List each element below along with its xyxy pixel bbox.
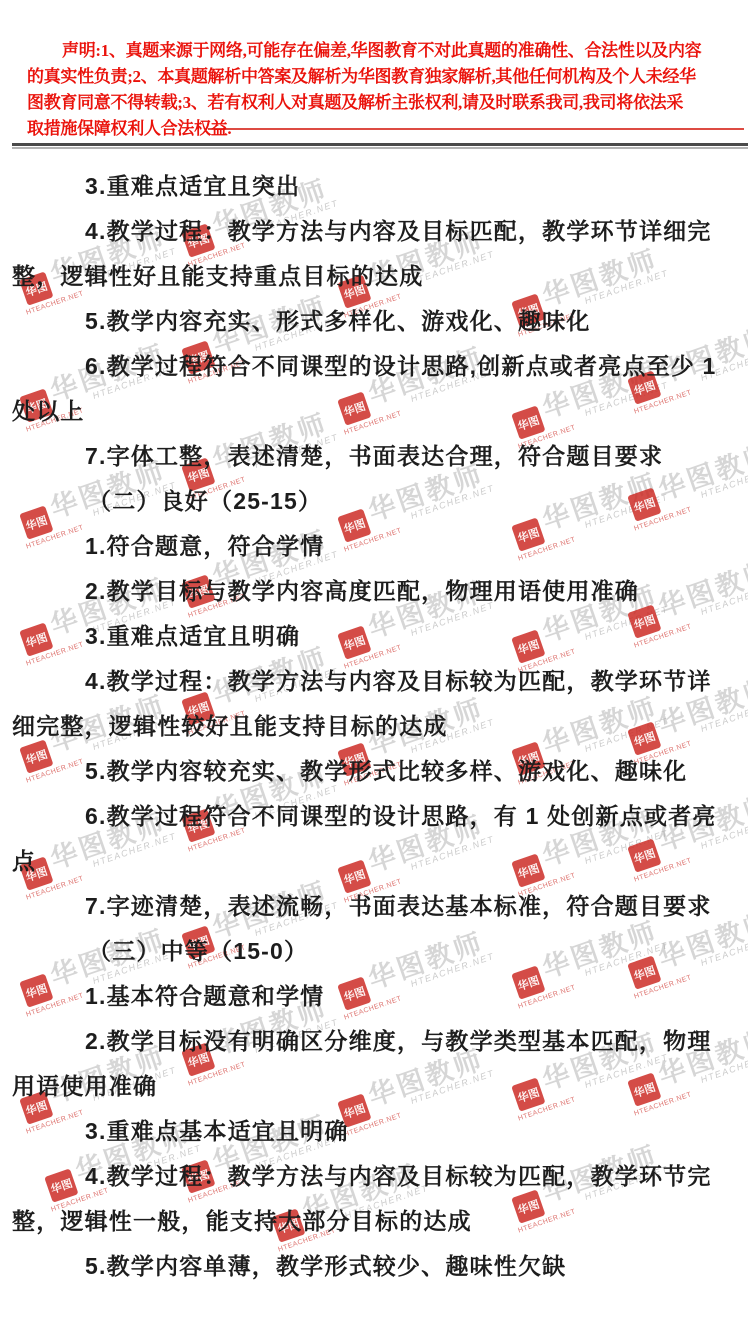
disclaimer-line: 取措施保障权利人合法权益. xyxy=(27,116,721,142)
body-line: 5.教学内容单薄，教学形式较少、趣味性欠缺 xyxy=(12,1244,742,1289)
body-line: 6.教学过程符合不同课型的设计思路,创新点或者亮点至少 1 xyxy=(12,344,742,389)
body-line: 1.基本符合题意和学情 xyxy=(12,974,742,1019)
body-line: 处以上 xyxy=(12,389,742,434)
body-line: 5.教学内容较充实、教学形式比较多样、游戏化、趣味化 xyxy=(12,749,742,794)
body-text: 3.重难点适宜且突出4.教学过程：教学方法与内容及目标匹配，教学环节详细完整，逻… xyxy=(12,164,742,1289)
body-line: 5.教学内容充实、形式多样化、游戏化、趣味化 xyxy=(12,299,742,344)
body-line: 3.重难点基本适宜且明确 xyxy=(12,1109,742,1154)
body-line: 7.字迹清楚，表述流畅，书面表达基本标准，符合题目要求 xyxy=(12,884,742,929)
body-line: 整，逻辑性好且能支持重点目标的达成 xyxy=(12,254,742,299)
disclaimer-line: 声明:1、真题来源于网络,可能存在偏差,华图教育不对此真题的准确性、合法性以及内… xyxy=(27,38,721,64)
section-divider xyxy=(12,143,748,149)
body-line: 点 xyxy=(12,839,742,884)
body-line: 4.教学过程：教学方法与内容及目标匹配，教学环节详细完 xyxy=(12,209,742,254)
body-line: 7.字体工整，表述清楚，书面表达合理，符合题目要求 xyxy=(12,434,742,479)
body-line: 3.重难点适宜且突出 xyxy=(12,164,742,209)
body-line: 细完整，逻辑性较好且能支持目标的达成 xyxy=(12,704,742,749)
body-line: 整，逻辑性一般，能支持大部分目标的达成 xyxy=(12,1199,742,1244)
document-page: 华图HTEACHER.NET华图教师HTEACHER.NET华图HTEACHER… xyxy=(0,0,748,1335)
body-line: 2.教学目标与教学内容高度匹配，物理用语使用准确 xyxy=(12,569,742,614)
body-line: （三）中等（15-0） xyxy=(12,929,742,974)
body-line: 4.教学过程：教学方法与内容及目标较为匹配，教学环节完 xyxy=(12,1154,742,1199)
disclaimer-line: 的真实性负责;2、本真题解析中答案及解析为华图教育独家解析,其他任何机构及个人未… xyxy=(27,64,721,90)
body-line: （二）良好（25-15） xyxy=(12,479,742,524)
disclaimer-label: 声明: xyxy=(62,41,101,60)
body-line: 1.符合题意，符合学情 xyxy=(12,524,742,569)
disclaimer: 声明:1、真题来源于网络,可能存在偏差,华图教育不对此真题的准确性、合法性以及内… xyxy=(27,38,721,142)
disclaimer-line-text: 1、真题来源于网络,可能存在偏差,华图教育不对此真题的准确性、合法性以及内容 xyxy=(101,41,702,60)
body-line: 2.教学目标没有明确区分维度，与教学类型基本匹配，物理 xyxy=(12,1019,742,1064)
body-line: 用语使用准确 xyxy=(12,1064,742,1109)
body-line: 4.教学过程：教学方法与内容及目标较为匹配，教学环节详 xyxy=(12,659,742,704)
body-line: 3.重难点适宜且明确 xyxy=(12,614,742,659)
body-line: 6.教学过程符合不同课型的设计思路，有 1 处创新点或者亮 xyxy=(12,794,742,839)
disclaimer-line: 图教育同意不得转载;3、若有权利人对真题及解析主张权利,请及时联系我司,我司将依… xyxy=(27,90,721,116)
